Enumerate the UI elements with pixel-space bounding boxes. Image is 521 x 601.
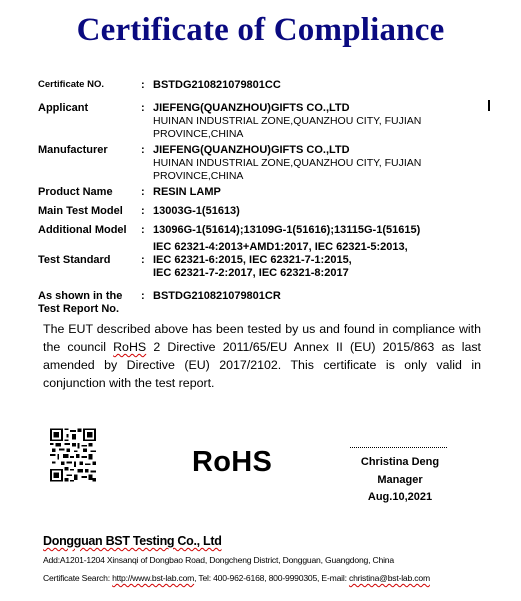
colon: : — [141, 254, 145, 266]
additional-model-value: 13096G-1(51614);13109G-1(51616);13115G-1… — [153, 224, 420, 236]
footer-address: Add:A1201-1204 Xinsanqi of Dongbao Road,… — [43, 555, 394, 565]
website-link[interactable]: http://www.bst-lab.com — [112, 573, 194, 583]
signatory-title: Manager — [340, 474, 460, 486]
colon: : — [141, 290, 145, 302]
rohs-mark: RoHS — [192, 446, 272, 479]
additional-model-label: Additional Model — [38, 224, 127, 236]
signatory-name: Christina Deng — [340, 456, 460, 468]
product-name-value: RESIN LAMP — [153, 186, 221, 198]
main-test-model-label: Main Test Model — [38, 205, 123, 217]
applicant-label: Applicant — [38, 102, 88, 114]
manufacturer-address-2: PROVINCE,CHINA — [153, 170, 243, 183]
test-report-value: BSTDG210821079801CR — [153, 290, 281, 302]
applicant-address-2: PROVINCE,CHINA — [153, 128, 243, 141]
email-link[interactable]: christina@bst-lab.com — [349, 573, 430, 583]
colon: : — [141, 102, 145, 114]
colon: : — [141, 186, 145, 198]
certificate-no-label: Certificate NO. — [38, 79, 104, 90]
test-standard-line-2: IEC 62321-6:2015, IEC 62321-7-1:2015, — [153, 254, 352, 266]
test-report-label-1: As shown in the — [38, 290, 122, 302]
footer-contact-line: Certificate Search: http://www.bst-lab.c… — [43, 573, 430, 583]
compliance-statement: The EUT described above has been tested … — [43, 320, 481, 392]
certificate-search-label: Certificate Search: — [43, 573, 112, 583]
test-standard-line-1: IEC 62321-4:2013+AMD1:2017, IEC 62321-5:… — [153, 241, 408, 253]
contact-text: , Tel: 400-962-6168, 800-9990305, E-mail… — [194, 573, 349, 583]
footer-company-name: Dongguan BST Testing Co., Ltd — [43, 534, 222, 548]
applicant-name: JIEFENG(QUANZHOU)GIFTS CO.,LTD — [153, 102, 350, 114]
manufacturer-name: JIEFENG(QUANZHOU)GIFTS CO.,LTD — [153, 144, 350, 156]
colon: : — [141, 205, 145, 217]
signature-date: Aug.10,2021 — [340, 491, 460, 503]
statement-rohs-word: RoHS — [113, 340, 146, 354]
text-cursor — [488, 100, 490, 111]
certificate-no-value: BSTDG210821079801CC — [153, 79, 281, 91]
test-standard-line-3: IEC 62321-7-2:2017, IEC 62321-8:2017 — [153, 267, 349, 279]
manufacturer-address-1: HUINAN INDUSTRIAL ZONE,QUANZHOU CITY, FU… — [153, 157, 421, 170]
colon: : — [141, 144, 145, 156]
test-report-label-2: Test Report No. — [38, 303, 119, 315]
product-name-label: Product Name — [38, 186, 113, 198]
colon: : — [141, 79, 145, 91]
colon: : — [141, 224, 145, 236]
test-standard-label: Test Standard — [38, 254, 111, 266]
certificate-title: Certificate of Compliance — [0, 12, 521, 49]
qr-code-icon — [50, 425, 96, 485]
manufacturer-label: Manufacturer — [38, 144, 108, 156]
signature-line — [350, 447, 447, 448]
main-test-model-value: 13003G-1(51613) — [153, 205, 240, 217]
applicant-address-1: HUINAN INDUSTRIAL ZONE,QUANZHOU CITY, FU… — [153, 115, 421, 128]
